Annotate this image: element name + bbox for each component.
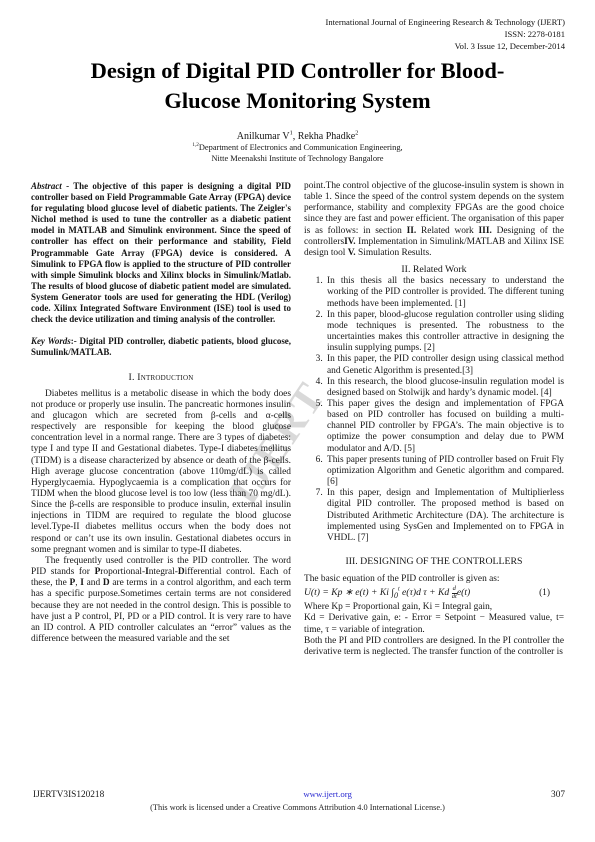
pid-equation: U(t) = Kp ∗ e(t) + Ki ∫0t e(τ)d τ + Kd d… (304, 586, 470, 601)
left-column: Abstract - The objective of this paper i… (31, 181, 291, 658)
right-column: point.The control objective of the gluco… (304, 181, 564, 658)
footer-manuscript-id: IJERTV3IS120218 (33, 790, 104, 800)
author-names: Anilkumar V1, Rekha Phadke2 (0, 131, 595, 143)
equation-intro: The basic equation of the PID controller… (304, 574, 564, 585)
footer-license-line: (This work is licensed under a Creative … (0, 803, 595, 812)
section-heading-introduction: I. Introduction (31, 372, 291, 383)
related-work-item: In this thesis all the basics necessary … (325, 276, 564, 309)
section-heading-related-work: II. Related Work (304, 264, 564, 275)
keywords-paragraph: Key Words:- Digital PID controller, diab… (31, 336, 291, 358)
related-work-item: In this paper, the PID controller design… (325, 354, 564, 376)
related-work-item: This paper presents tuning of PID contro… (325, 455, 564, 488)
related-work-list: In this thesis all the basics necessary … (304, 276, 564, 544)
related-work-item: In this research, the blood glucose-insu… (325, 377, 564, 399)
issn-line: ISSN: 2278-0181 (325, 28, 565, 40)
volume-line: Vol. 3 Issue 12, December-2014 (325, 40, 565, 52)
rightcol-paragraph-1: point.The control objective of the gluco… (304, 181, 564, 259)
equation-definitions: Where Kp = Proportional gain, Ki = Integ… (304, 602, 564, 635)
related-work-item: This paper gives the design and implemen… (325, 399, 564, 455)
journal-name: International Journal of Engineering Res… (325, 16, 565, 28)
author-block: Anilkumar V1, Rekha Phadke2 1,2Departmen… (0, 131, 595, 164)
intro-paragraph-2: The frequently used controller is the PI… (31, 556, 291, 645)
equation-row: U(t) = Kp ∗ e(t) + Ki ∫0t e(τ)d τ + Kd d… (304, 586, 564, 601)
page-footer: IJERTV3IS120218 www.ijert.org 307 (33, 789, 565, 800)
footer-journal-link[interactable]: www.ijert.org (303, 789, 352, 799)
intro-paragraph-1: Diabetes mellitus is a metabolic disease… (31, 389, 291, 556)
abstract-paragraph: Abstract - The objective of this paper i… (31, 181, 291, 325)
paper-title: Design of Digital PID Controller for Blo… (20, 56, 575, 116)
affiliation-line: 1,2Department of Electronics and Communi… (0, 143, 595, 154)
related-work-item: In this paper, blood-glucose regulation … (325, 310, 564, 355)
paper-page: International Journal of Engineering Res… (0, 0, 595, 842)
title-line-2: Glucose Monitoring System (20, 86, 575, 116)
footer-page-number: 307 (551, 790, 565, 800)
two-column-body: Abstract - The objective of this paper i… (31, 181, 565, 658)
equation-number: (1) (539, 588, 564, 599)
controllers-paragraph: Both the PI and PID controllers are desi… (304, 636, 564, 658)
institute-line: Nitte Meenakshi Institute of Technology … (0, 154, 595, 165)
journal-header: International Journal of Engineering Res… (325, 16, 565, 52)
section-heading-designing-controllers: III. DESIGNING OF THE CONTROLLERS (304, 556, 564, 567)
title-line-1: Design of Digital PID Controller for Blo… (20, 56, 575, 86)
related-work-item: In this paper, design and Implementation… (325, 488, 564, 544)
